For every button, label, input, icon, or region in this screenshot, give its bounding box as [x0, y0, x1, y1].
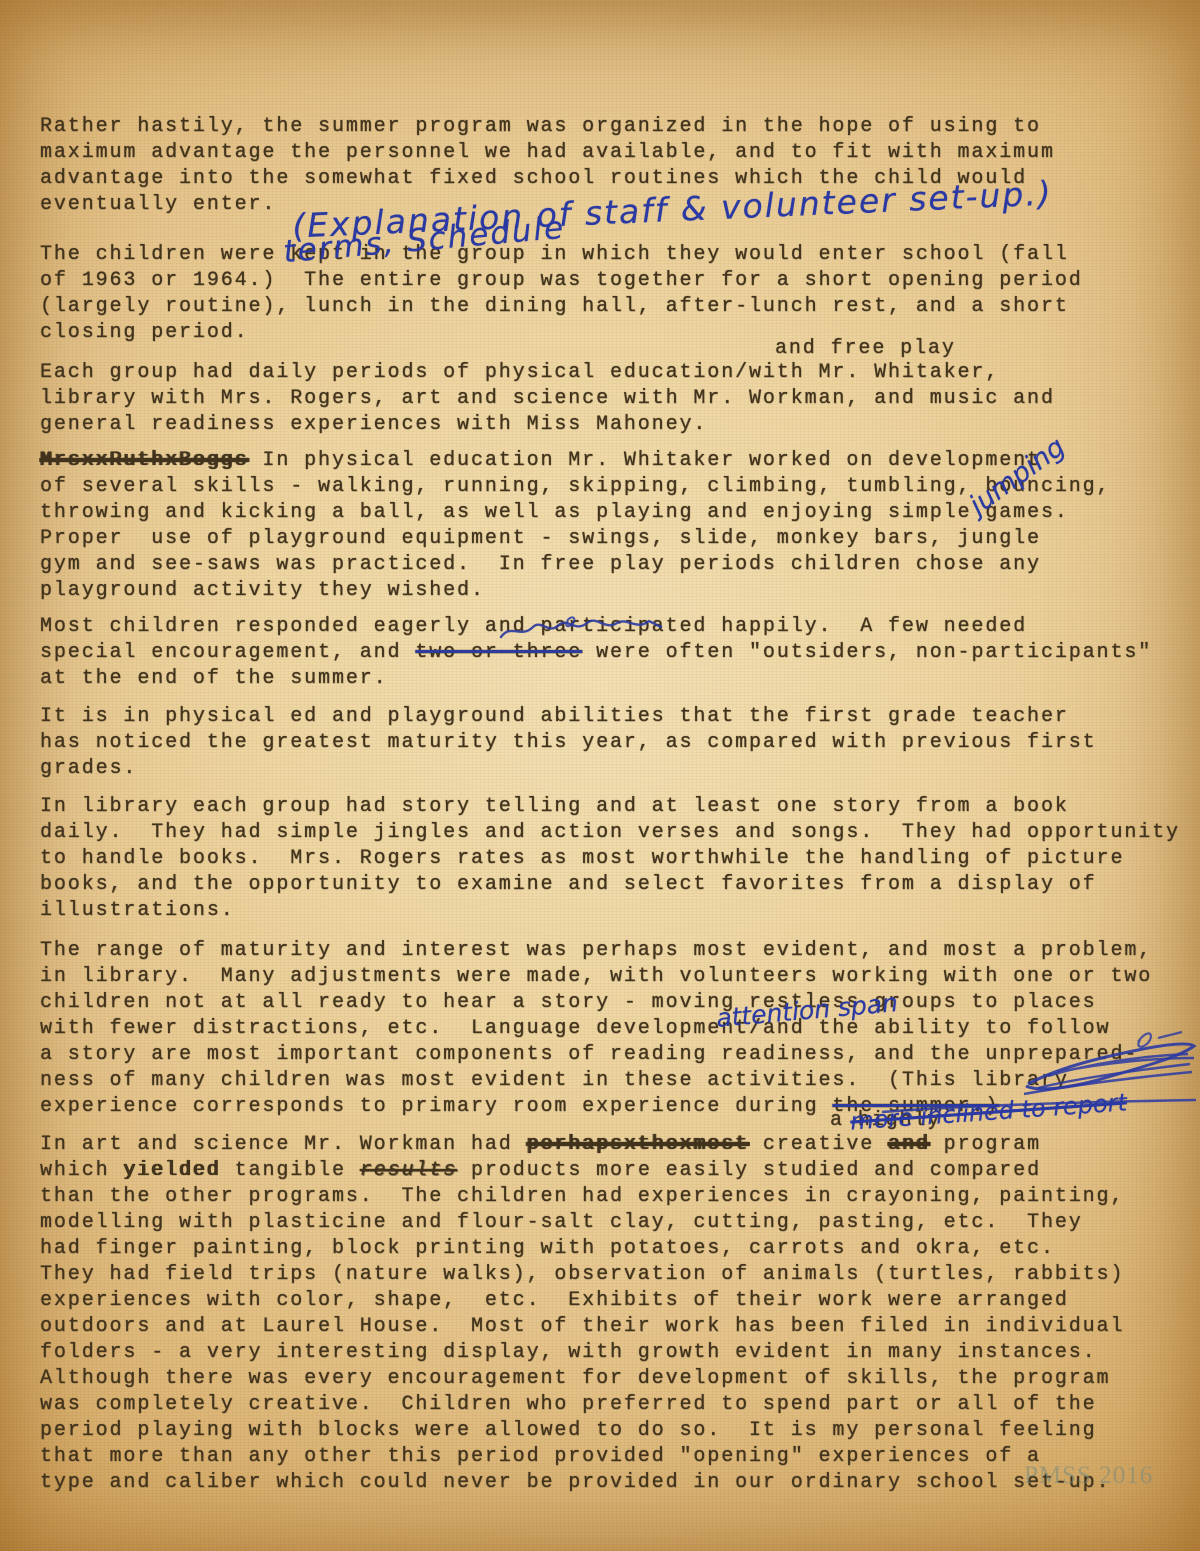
typed-text: modelling with plasticine and flour-salt…: [40, 1211, 1083, 1234]
typed-text: throwing and kicking a ball, as well as …: [40, 501, 1069, 524]
typed-text: closing period.: [40, 321, 249, 344]
typed-line: books, and the opportunity to examine an…: [40, 872, 1200, 898]
typed-text: daily. They had simple jingles and actio…: [40, 821, 1180, 844]
typed-line: of 1963 or 1964.) The entire group was t…: [40, 268, 1200, 294]
typed-text: type and caliber which could never be pr…: [40, 1471, 1110, 1494]
typed-text: experiences with color, shape, etc. Exhi…: [40, 1289, 1069, 1312]
typed-text: was completely creative. Children who pr…: [40, 1393, 1097, 1416]
typed-text-struck-xover: MrsxxRuthxBoggs: [40, 449, 249, 472]
typed-text-struck-ot: yielded: [123, 1159, 220, 1182]
paragraph: a highlyIn art and science Mr. Workman h…: [40, 1132, 1200, 1496]
typed-text: gym and see-saws was practiced. In free …: [40, 553, 1041, 576]
typed-line: was completely creative. Children who pr…: [40, 1392, 1200, 1418]
typed-text: special encouragement, and: [40, 641, 415, 664]
ink-scribble-over-two-or-three: [497, 613, 667, 645]
typed-text: a story are most important components of…: [40, 1043, 1138, 1066]
typed-line: It is in physical ed and playground abil…: [40, 704, 1200, 730]
typed-line: period playing with blocks were allowed …: [40, 1418, 1200, 1444]
typed-text-struck-xover: perhapsxthexmost: [527, 1133, 749, 1156]
typed-line: library with Mrs. Rogers, art and scienc…: [40, 386, 1200, 412]
typed-line: modelling with plasticine and flour-salt…: [40, 1210, 1200, 1236]
typed-text: Each group had daily periods of physical…: [40, 361, 999, 384]
typed-text: In physical education Mr. Whitaker worke…: [249, 449, 1041, 472]
typed-line: at the end of the summer.: [40, 666, 1200, 692]
typed-text: creative: [749, 1133, 888, 1156]
typed-line: experiences with color, shape, etc. Exhi…: [40, 1288, 1200, 1314]
typed-line: grades.: [40, 756, 1200, 782]
typed-line: Although there was every encouragement f…: [40, 1366, 1200, 1392]
typed-line: to handle books. Mrs. Rogers rates as mo…: [40, 846, 1200, 872]
typed-text: of several skills - walking, running, sk…: [40, 475, 1110, 498]
typed-text: tangible: [221, 1159, 360, 1182]
typed-line: children not at all ready to hear a stor…: [40, 990, 1200, 1016]
paragraph: In library each group had story telling …: [40, 794, 1200, 924]
paragraph: It is in physical ed and playground abil…: [40, 704, 1200, 782]
typed-text: In art and science Mr. Workman had: [40, 1133, 527, 1156]
typed-line: which yielded tangible results products …: [40, 1158, 1200, 1184]
typed-text: were often "outsiders, non-participants": [582, 641, 1152, 664]
typed-text: children not at all ready to hear a stor…: [40, 991, 1097, 1014]
typed-line: had finger painting, block printing with…: [40, 1236, 1200, 1262]
typed-line: The range of maturity and interest was p…: [40, 938, 1200, 964]
typed-line: closing period.: [40, 320, 1200, 346]
typed-text: Proper use of playground equipment - swi…: [40, 527, 1041, 550]
typed-text: books, and the opportunity to examine an…: [40, 873, 1097, 896]
typed-line: maximum advantage the personnel we had a…: [40, 140, 1200, 166]
paragraph: The children were kept in the group in w…: [40, 242, 1200, 346]
typed-line: The children were kept in the group in w…: [40, 242, 1200, 268]
typed-text: had finger painting, block printing with…: [40, 1237, 1055, 1260]
paragraph: and free playEach group had daily period…: [40, 360, 1200, 438]
typed-text: that more than any other this period pro…: [40, 1445, 1041, 1468]
typed-line: (largely routine), lunch in the dining h…: [40, 294, 1200, 320]
typed-line: daily. They had simple jingles and actio…: [40, 820, 1200, 846]
typed-text: illustrations.: [40, 899, 235, 922]
typed-line: illustrations.: [40, 898, 1200, 924]
typed-text: with fewer distractions, etc. Language d…: [40, 1017, 1110, 1040]
typed-line: In library each group had story telling …: [40, 794, 1200, 820]
typed-line: folders - a very interesting display, wi…: [40, 1340, 1200, 1366]
typed-line: than the other programs. The children ha…: [40, 1184, 1200, 1210]
typed-text: program: [930, 1133, 1041, 1156]
typed-text: library with Mrs. Rogers, art and scienc…: [40, 387, 1055, 410]
typed-text: maximum advantage the personnel we had a…: [40, 141, 1055, 164]
typed-text: than the other programs. The children ha…: [40, 1185, 1124, 1208]
typed-text: outdoors and at Laurel House. Most of th…: [40, 1315, 1124, 1338]
ink-strike-summer-tail: [880, 1098, 1200, 1118]
scanned-document-page: Rather hastily, the summer program was o…: [0, 0, 1200, 1551]
typed-text: (largely routine), lunch in the dining h…: [40, 295, 1069, 318]
typed-text: folders - a very interesting display, wi…: [40, 1341, 1097, 1364]
typed-text: eventually enter.: [40, 193, 276, 216]
typed-text: It is in physical ed and playground abil…: [40, 705, 1069, 728]
typed-line: In art and science Mr. Workman had perha…: [40, 1132, 1200, 1158]
typed-text: In library each group had story telling …: [40, 795, 1069, 818]
typed-line: playground activity they wished.: [40, 578, 1200, 604]
typed-text: general readiness experiences with Miss …: [40, 413, 707, 436]
typed-text: ness of many children was most evident i…: [40, 1069, 1069, 1092]
typed-text: to handle books. Mrs. Rogers rates as mo…: [40, 847, 1124, 870]
typed-text: They had field trips (nature walks), obs…: [40, 1263, 1124, 1286]
typed-text: products more easily studied and compare…: [457, 1159, 1041, 1182]
typed-interline-insert: and free play: [775, 336, 956, 362]
typed-text: grades.: [40, 757, 137, 780]
typed-text: in library. Many adjustments were made, …: [40, 965, 1152, 988]
typed-text: which: [40, 1159, 123, 1182]
typed-text-struck-xover: and: [888, 1133, 930, 1156]
typed-text: Rather hastily, the summer program was o…: [40, 115, 1041, 138]
typed-line: throwing and kicking a ball, as well as …: [40, 500, 1200, 526]
typed-line: Rather hastily, the summer program was o…: [40, 114, 1200, 140]
typed-line: general readiness experiences with Miss …: [40, 412, 1200, 438]
typed-line: They had field trips (nature walks), obs…: [40, 1262, 1200, 1288]
typed-line: gym and see-saws was practiced. In free …: [40, 552, 1200, 578]
typed-text: The range of maturity and interest was p…: [40, 939, 1152, 962]
typed-text: Although there was every encouragement f…: [40, 1367, 1110, 1390]
typed-text: has noticed the greatest maturity this y…: [40, 731, 1097, 754]
typed-line: has noticed the greatest maturity this y…: [40, 730, 1200, 756]
typed-text: experience corresponds to primary room e…: [40, 1095, 832, 1118]
typed-text: period playing with blocks were allowed …: [40, 1419, 1097, 1442]
typed-text: playground activity they wished.: [40, 579, 485, 602]
typed-text-struck-slash: results: [360, 1159, 457, 1182]
typed-line: Proper use of playground equipment - swi…: [40, 526, 1200, 552]
typed-text: of 1963 or 1964.) The entire group was t…: [40, 269, 1083, 292]
typed-line: in library. Many adjustments were made, …: [40, 964, 1200, 990]
watermark: PMSS 2016: [1024, 1462, 1153, 1490]
typed-line: Each group had daily periods of physical…: [40, 360, 1200, 386]
typed-line: outdoors and at Laurel House. Most of th…: [40, 1314, 1200, 1340]
typed-text: at the end of the summer.: [40, 667, 388, 690]
